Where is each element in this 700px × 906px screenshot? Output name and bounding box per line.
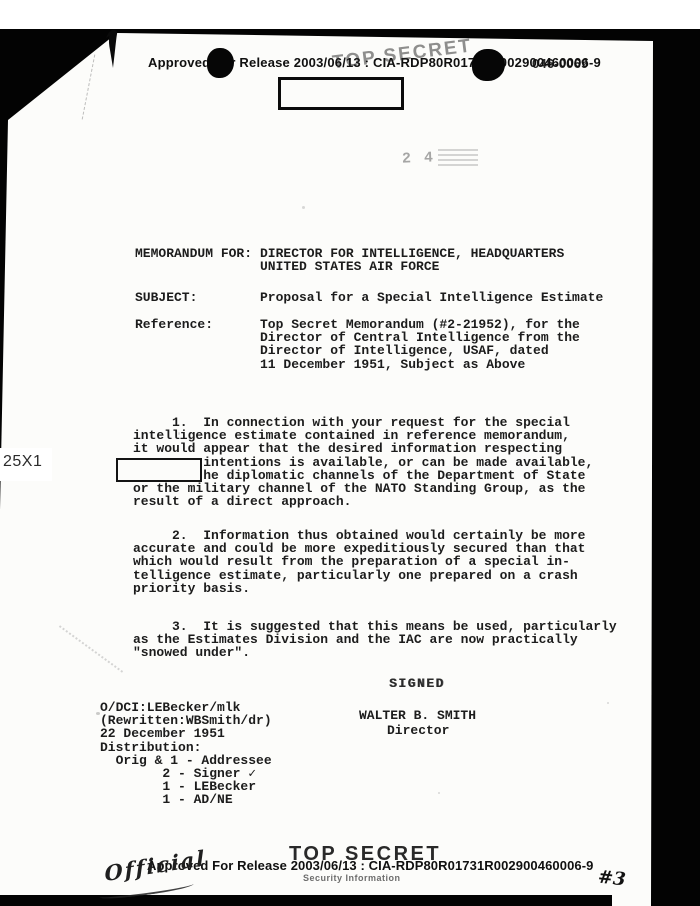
paragraph-line: "snowed under".: [133, 646, 617, 659]
memo-field-label: Reference:: [135, 318, 213, 331]
dust-speck: [438, 792, 440, 794]
admin-line: 1 - AD/NE: [100, 793, 272, 806]
dust-speck: [246, 562, 249, 564]
memo-field-line: Director of Intelligence, USAF, dated: [260, 344, 580, 357]
scanned-memo-page: Approved For Release 2003/06/13 : CIA-RD…: [0, 0, 700, 906]
paragraph-line: telligence estimate, particularly one pr…: [133, 569, 585, 582]
empty-stamp-box: [278, 77, 404, 110]
admin-distribution-block: O/DCI:LEBecker/mlk (Rewritten:WBSmith/dr…: [100, 701, 272, 807]
dust-speck: [178, 432, 180, 435]
redaction-box: [116, 458, 202, 482]
memo-field-value: DIRECTOR FOR INTELLIGENCE, HEADQUARTERS …: [260, 247, 564, 273]
admin-line: 22 December 1951: [100, 727, 272, 740]
signer-title: Director: [387, 723, 449, 738]
memo-field-line: UNITED STATES AIR FORCE: [260, 260, 564, 273]
margin-code-25x1: 25X1: [3, 453, 42, 471]
memo-paragraph: 1. In connection with your request for t…: [133, 416, 593, 508]
dust-speck: [521, 332, 523, 334]
memo-field-label: MEMORANDUM FOR:: [135, 247, 252, 260]
memo-paragraph: 2. Information thus obtained would certa…: [133, 529, 585, 595]
dust-speck: [96, 712, 100, 715]
memo-field-line: Proposal for a Special Intelligence Esti…: [260, 291, 603, 304]
paragraph-line: it would appear that the desired informa…: [133, 442, 593, 455]
signer-name: WALTER B. SMITH: [359, 708, 476, 723]
declass-banner-bottom: Approved For Release 2003/06/13 : CIA-RD…: [147, 858, 593, 873]
memo-paragraph: 3. It is suggested that this means be us…: [133, 620, 617, 660]
signed-stamp: SIGNED: [389, 676, 445, 691]
received-date-stamp: 2 4: [402, 149, 436, 167]
paragraph-line: priority basis.: [133, 582, 585, 595]
dust-speck: [607, 702, 609, 704]
memo-field-value: Top Secret Memorandum (#2-21952), for th…: [260, 318, 580, 371]
dust-speck: [302, 206, 305, 209]
handwritten-page-number: #3: [597, 867, 627, 891]
paragraph-line: which would result from the preparation …: [133, 555, 585, 568]
stamp-smudge: [438, 149, 478, 169]
security-information-line: Security Information: [303, 873, 401, 883]
pen-mark-icon: [103, 28, 125, 72]
memo-field-value: Proposal for a Special Intelligence Esti…: [260, 291, 603, 304]
overstruck-serial: 0460006-9046-0069: [537, 55, 601, 70]
admin-line: Distribution:: [100, 741, 272, 754]
paragraph-line: result of a direct approach.: [133, 495, 593, 508]
memo-field-label: SUBJECT:: [135, 291, 197, 304]
memo-field-line: 11 December 1951, Subject as Above: [260, 358, 580, 371]
paragraph-line: intentions is available, or can be made …: [133, 456, 593, 469]
